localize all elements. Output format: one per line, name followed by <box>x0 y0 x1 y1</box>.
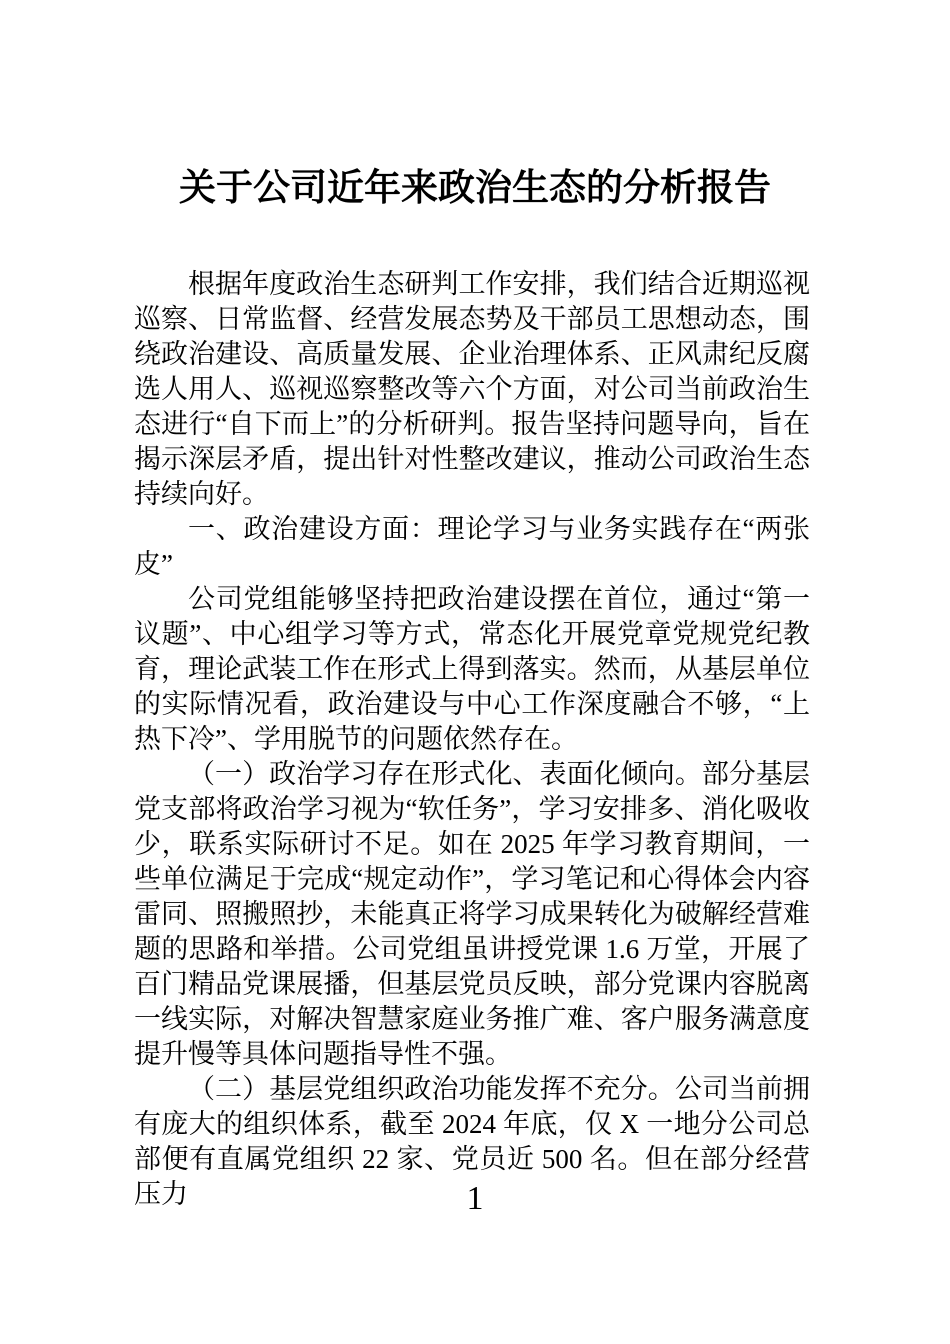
paragraph-intro: 根据年度政治生态研判工作安排，我们结合近期巡视巡察、日常监督、经营发展态势及干部… <box>134 267 810 512</box>
document-body: 根据年度政治生态研判工作安排，我们结合近期巡视巡察、日常监督、经营发展态势及干部… <box>134 267 810 1212</box>
page-number: 1 <box>0 1182 950 1216</box>
document-title: 关于公司近年来政治生态的分析报告 <box>0 0 950 207</box>
item-1-political-study-paragraph: （一）政治学习存在形式化、表面化倾向。部分基层党支部将政治学习视为“软任务”，学… <box>134 757 810 1072</box>
document-page: 关于公司近年来政治生态的分析报告 根据年度政治生态研判工作安排，我们结合近期巡视… <box>0 0 950 1344</box>
section-1-overview-paragraph: 公司党组能够坚持把政治建设摆在首位，通过“第一议题”、中心组学习等方式，常态化开… <box>134 582 810 757</box>
section-1-heading: 一、政治建设方面：理论学习与业务实践存在“两张皮” <box>134 512 810 582</box>
